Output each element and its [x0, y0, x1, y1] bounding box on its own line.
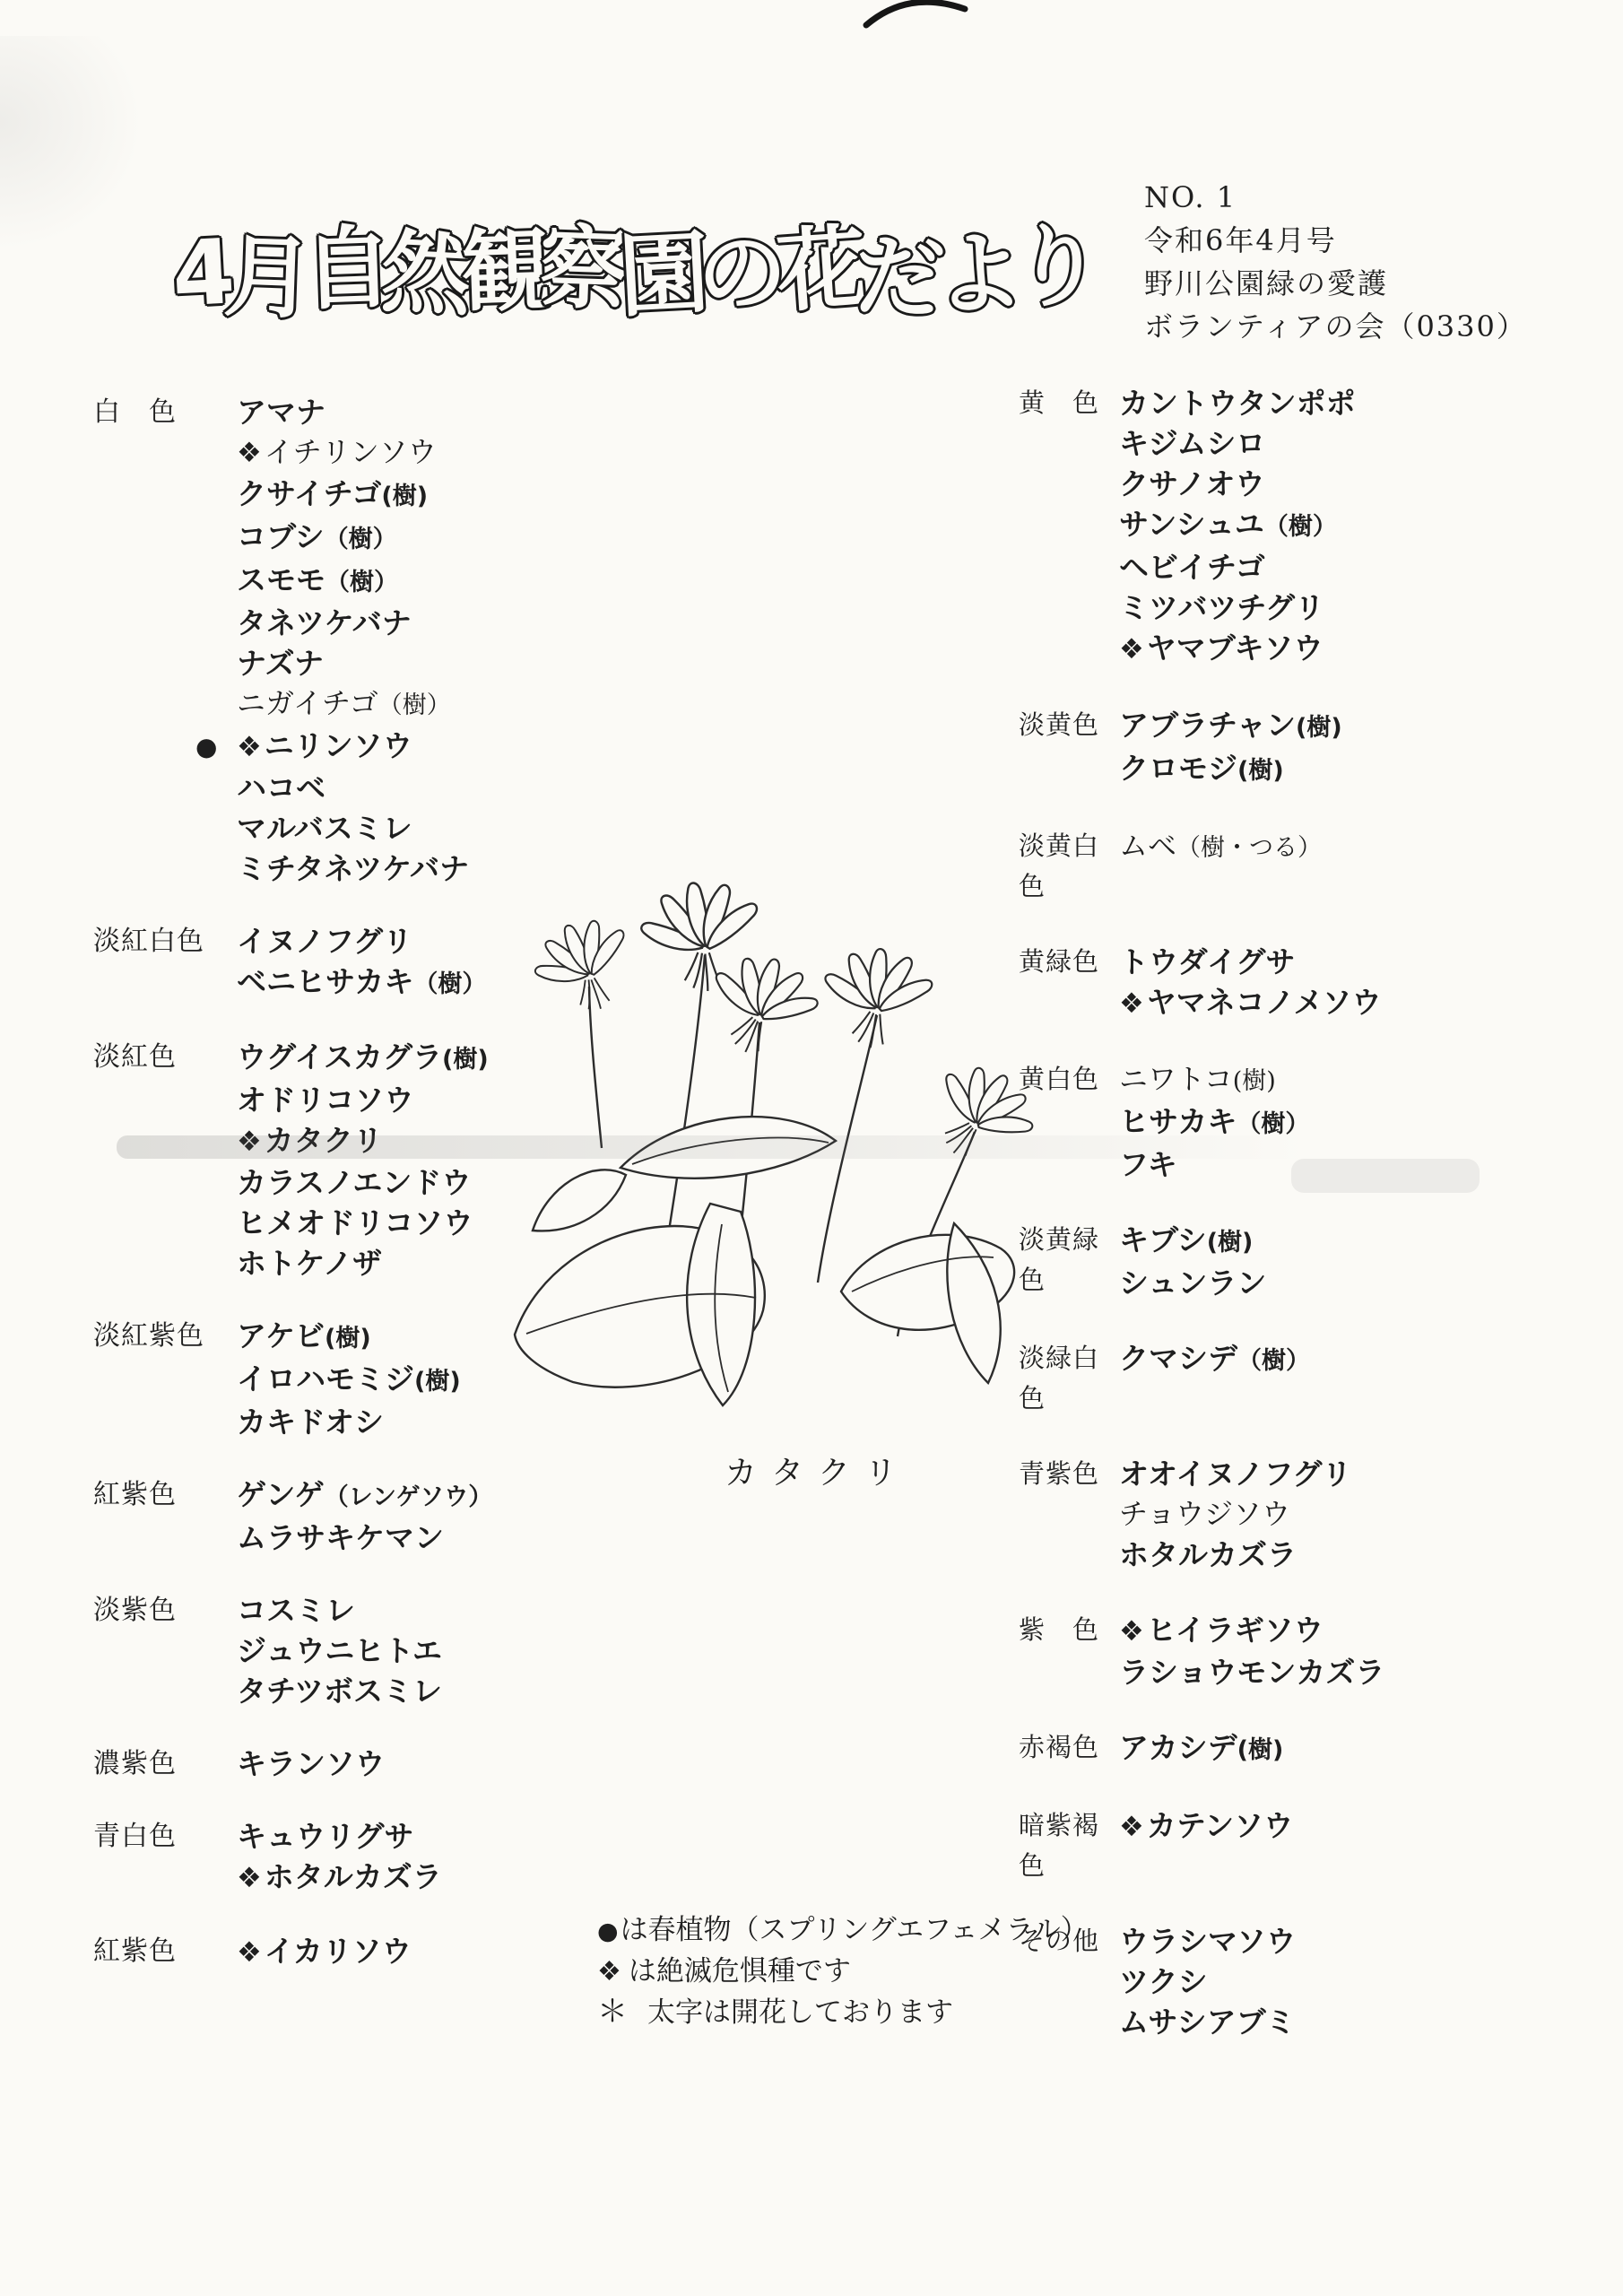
flower-items: ウラシマソウツクシムサシアブミ — [1119, 1921, 1593, 2042]
flower-item: ❖カテンソウ — [1119, 1805, 1593, 1848]
flower-name: ホタルカズラ — [1119, 1537, 1297, 1572]
flower-item: ムラサキケマン — [237, 1518, 649, 1558]
issue-date: 令和6年4月号 — [1144, 219, 1527, 262]
flower-item: ムベ（樹・つる） — [1119, 826, 1593, 868]
color-section: 青紫色オオイヌノフグリチョウジソウホタルカズラ — [1019, 1454, 1593, 1575]
flower-name: アカシデ — [1119, 1730, 1237, 1765]
color-label: 淡紫色 — [93, 1590, 237, 1631]
flower-suffix: （樹） — [325, 569, 398, 596]
color-label: 紅紫色 — [93, 1931, 237, 1971]
flower-name: ジュウニヒトエ — [237, 1633, 442, 1668]
flower-name: ヒイラギソウ — [1147, 1613, 1324, 1648]
flower-item: ●❖ニリンソウ — [237, 726, 649, 768]
flower-items: キブシ(樹)シュンラン — [1119, 1220, 1593, 1303]
flower-name: ゲンゲ — [237, 1477, 325, 1512]
flower-name: キブシ — [1119, 1222, 1207, 1257]
flower-items: アブラチャン(樹)クロモジ(樹) — [1119, 705, 1593, 791]
flower-item: ❖ヤマブキソウ — [1119, 628, 1593, 670]
flower-suffix: (樹) — [1296, 714, 1342, 742]
title-char: り — [1009, 193, 1107, 328]
flower-items: トウダイグサ❖ヤマネコノメソウ — [1119, 942, 1593, 1024]
legend-text: は絶滅危惧種です — [629, 1955, 851, 1987]
flower-item: ヘビイチゴ — [1119, 547, 1593, 587]
illustration-caption: カタクリ — [725, 1448, 911, 1493]
flower-name: サンシュユ — [1119, 507, 1264, 542]
organization-name-line1: 野川公園緑の愛護 — [1144, 262, 1527, 305]
flower-name: クサイチゴ — [237, 476, 381, 511]
scan-streak — [1291, 1159, 1480, 1193]
flower-name: ホトケノザ — [237, 1246, 382, 1281]
color-section: 淡緑白色クマシデ（樹） — [1019, 1338, 1593, 1419]
endangered-mark: ❖ — [1119, 987, 1144, 1020]
flower-suffix: (樹) — [414, 1368, 461, 1396]
endangered-mark: ❖ — [237, 1936, 262, 1969]
flower-item: サンシュユ（樹） — [1119, 504, 1593, 547]
color-label: 紫 色 — [1019, 1610, 1119, 1650]
flower-suffix: （樹・つる） — [1176, 834, 1322, 862]
flower-suffix: (樹) — [1237, 1736, 1284, 1764]
flower-name: イカリソウ — [265, 1934, 412, 1969]
color-label: 赤褐色 — [1019, 1727, 1119, 1768]
flower-name: ベニヒサカキ — [237, 964, 413, 999]
flower-name: ヘビイチゴ — [1119, 550, 1265, 585]
flower-name: タネツケバナ — [237, 605, 412, 640]
flower-item: シュンラン — [1119, 1263, 1593, 1303]
flower-items: ❖イカリソウ — [237, 1931, 649, 1973]
flower-item: ラショウモンカズラ — [1119, 1652, 1593, 1692]
flower-name: ニガイチゴ — [237, 686, 378, 720]
flower-item: ハコベ — [237, 768, 649, 808]
flower-item: チョウジソウ — [1119, 1494, 1593, 1535]
color-section: 濃紫色キランソウ — [93, 1744, 649, 1784]
flower-name: ヤマネコノメソウ — [1147, 985, 1382, 1020]
flower-item: クサノオウ — [1119, 464, 1593, 504]
flower-item: ムサシアブミ — [1119, 2002, 1593, 2042]
flower-suffix: （樹） — [1264, 513, 1337, 541]
scanned-newsletter-page: 4月自然観察園の花だより NO. 1 令和6年4月号 野川公園緑の愛護 ボランテ… — [0, 0, 1623, 2296]
flower-item: ウラシマソウ — [1119, 1921, 1593, 1961]
flower-item: スモモ（樹） — [237, 560, 649, 603]
flower-name: クサノオウ — [1119, 466, 1264, 501]
flower-item: ❖ヤマネコノメソウ — [1119, 982, 1593, 1024]
color-section: 紫 色❖ヒイラギソウラショウモンカズラ — [1019, 1610, 1593, 1692]
flower-item: ❖イチリンソウ — [237, 432, 649, 474]
flower-item: キュウリグサ — [237, 1816, 649, 1857]
flower-item: アカシデ(樹) — [1119, 1727, 1593, 1770]
color-list-right: 黄 色カントウタンポポキジムシロクサノオウサンシュユ（樹）ヘビイチゴミツバツチグ… — [1019, 383, 1593, 2077]
flower-name: ホタルカズラ — [265, 1859, 442, 1894]
flower-name: キランソウ — [237, 1746, 385, 1781]
flower-name: ニリンソウ — [265, 728, 412, 763]
flower-item: タネツケバナ — [237, 603, 649, 643]
scan-streak — [117, 1135, 1309, 1159]
endangered-mark: ❖ — [237, 731, 262, 763]
flower-name: キジムシロ — [1119, 426, 1265, 461]
flower-item: キブシ(樹) — [1119, 1220, 1593, 1263]
flower-name: カテンソウ — [1147, 1808, 1293, 1843]
endangered-mark: ❖ — [237, 437, 262, 469]
flower-name: アマナ — [237, 395, 325, 430]
flower-suffix: (樹) — [1233, 1067, 1276, 1095]
color-section: その他ウラシマソウツクシムサシアブミ — [1019, 1921, 1593, 2042]
flower-item: アブラチャン(樹) — [1119, 705, 1593, 748]
flower-name: ナズナ — [237, 646, 324, 681]
legend: ●は春植物（スプリングエフェメラル）❖は絶滅危惧種です＊太字は開花しております — [597, 1910, 1089, 2032]
flower-name: アケビ — [237, 1318, 325, 1353]
flower-name: コスミレ — [237, 1593, 355, 1628]
legend-text: は春植物（スプリングエフェメラル） — [621, 1914, 1089, 1946]
color-label: 暗紫褐色 — [1019, 1805, 1119, 1886]
flower-suffix: （樹） — [413, 970, 486, 998]
flower-items: キュウリグサ❖ホタルカズラ — [237, 1816, 649, 1899]
flower-suffix: （樹） — [325, 526, 397, 553]
endangered-mark: ❖ — [1119, 1811, 1144, 1843]
endangered-mark: ❖ — [1119, 633, 1144, 665]
color-section: 淡黄色アブラチャン(樹)クロモジ(樹) — [1019, 705, 1593, 791]
legend-symbol: ❖ — [597, 1952, 621, 1992]
scan-corner-mark — [859, 0, 994, 41]
color-label: 濃紫色 — [93, 1744, 237, 1784]
organization-name-line2: ボランティアの会（0330） — [1144, 305, 1527, 348]
flower-item: コブシ（樹） — [237, 517, 649, 560]
color-section: 青白色キュウリグサ❖ホタルカズラ — [93, 1816, 649, 1899]
flower-name: アブラチャン — [1119, 708, 1296, 743]
flower-name: ヒサカキ — [1119, 1104, 1237, 1139]
flower-items: ゲンゲ（レンゲソウ）ムラサキケマン — [237, 1474, 649, 1558]
color-section: 白 色アマナ❖イチリンソウクサイチゴ(樹)コブシ（樹）スモモ（樹）タネツケバナナ… — [93, 392, 649, 889]
flower-name: シュンラン — [1119, 1265, 1266, 1300]
flower-name: イロハモミジ — [237, 1361, 414, 1396]
flower-item: ❖イカリソウ — [237, 1931, 649, 1973]
flower-items: ムベ（樹・つる） — [1119, 826, 1593, 868]
flower-items: ❖ヒイラギソウラショウモンカズラ — [1119, 1610, 1593, 1692]
flower-name: オドリコソウ — [237, 1083, 413, 1118]
flower-item: クサイチゴ(樹) — [237, 474, 649, 517]
flower-item: ❖ヒイラギソウ — [1119, 1610, 1593, 1652]
page-title: 4月自然観察園の花だより — [172, 199, 1092, 328]
flower-name: ハコベ — [237, 770, 325, 805]
flower-items: オオイヌノフグリチョウジソウホタルカズラ — [1119, 1454, 1593, 1575]
color-section: 暗紫褐色❖カテンソウ — [1019, 1805, 1593, 1886]
flower-name: ツクシ — [1119, 1964, 1208, 1999]
flower-suffix: (樹) — [1237, 757, 1284, 785]
color-section: 赤褐色アカシデ(樹) — [1019, 1727, 1593, 1770]
flower-item: キジムシロ — [1119, 423, 1593, 464]
color-section: 黄緑色トウダイグサ❖ヤマネコノメソウ — [1019, 942, 1593, 1024]
flower-items: コスミレジュウニヒトエタチツボスミレ — [237, 1590, 649, 1711]
flower-name: カキドオシ — [237, 1405, 384, 1439]
color-section: 淡黄白色ムベ（樹・つる） — [1019, 826, 1593, 907]
flower-name: コブシ — [237, 519, 325, 554]
color-label: 淡黄色 — [1019, 705, 1119, 745]
flower-items: ❖カテンソウ — [1119, 1805, 1593, 1848]
flower-name: クマシデ — [1119, 1341, 1237, 1376]
color-section: 黄 色カントウタンポポキジムシロクサノオウサンシュユ（樹）ヘビイチゴミツバツチグ… — [1019, 383, 1593, 670]
flower-name: イチリンソウ — [265, 435, 437, 469]
flower-name: ヤマブキソウ — [1147, 631, 1324, 665]
spring-ephemeral-mark: ● — [195, 726, 217, 767]
flower-name: カントウタンポポ — [1119, 386, 1356, 421]
flower-suffix: （樹） — [378, 691, 451, 719]
scan-shadow-wash — [0, 36, 143, 251]
legend-row: ●は春植物（スプリングエフェメラル） — [597, 1910, 1089, 1952]
flower-item: ニワトコ(樹) — [1119, 1059, 1593, 1101]
flower-suffix: （樹） — [1237, 1110, 1309, 1138]
flower-item: コスミレ — [237, 1590, 649, 1631]
flower-item: オオイヌノフグリ — [1119, 1454, 1593, 1494]
flower-item: ❖ホタルカズラ — [237, 1857, 649, 1899]
flower-item: ホタルカズラ — [1119, 1535, 1593, 1575]
issue-number: NO. 1 — [1144, 176, 1527, 219]
flower-item: クロモジ(樹) — [1119, 748, 1593, 791]
color-label: 青白色 — [93, 1816, 237, 1857]
flower-name: ミチタネツケバナ — [237, 851, 469, 886]
flower-item: アマナ — [237, 392, 649, 432]
color-label: 白 色 — [93, 392, 237, 432]
flower-items: キランソウ — [237, 1744, 649, 1784]
color-label: 淡紅色 — [93, 1037, 237, 1077]
color-section: 紅紫色ゲンゲ（レンゲソウ）ムラサキケマン — [93, 1474, 649, 1558]
flower-item: ミツバツチグリ — [1119, 587, 1593, 628]
flower-name: ムサシアブミ — [1119, 2005, 1296, 2039]
flower-name: トウダイグサ — [1119, 944, 1295, 979]
flower-item: キランソウ — [237, 1744, 649, 1784]
legend-text: 太字は開花しております — [647, 1996, 953, 2029]
flower-suffix: （樹） — [1237, 1347, 1310, 1375]
legend-row: ＊太字は開花しております — [597, 1992, 1089, 2032]
flower-item: ナズナ — [237, 643, 649, 683]
flower-item: トウダイグサ — [1119, 942, 1593, 982]
color-section: 紅紫色❖イカリソウ — [93, 1931, 649, 1973]
flower-name: ミツバツチグリ — [1119, 590, 1324, 625]
flower-item: クマシデ（樹） — [1119, 1338, 1593, 1381]
legend-row: ❖は絶滅危惧種です — [597, 1952, 1089, 1992]
flower-name: キュウリグサ — [237, 1819, 413, 1854]
color-section: 淡紫色コスミレジュウニヒトエタチツボスミレ — [93, 1590, 649, 1711]
flower-suffix: (樹) — [381, 483, 428, 510]
flower-item: ニガイチゴ（樹） — [237, 683, 649, 726]
color-label: 淡紅紫色 — [93, 1316, 237, 1356]
flower-name: ヒメオドリコソウ — [237, 1205, 473, 1240]
flower-suffix: (樹) — [1207, 1229, 1254, 1257]
flower-name: スモモ — [237, 562, 325, 597]
color-label: 黄 色 — [1019, 383, 1119, 423]
flower-name: クロモジ — [1119, 751, 1237, 786]
flower-name: マルバスミレ — [237, 811, 412, 846]
flower-items: カントウタンポポキジムシロクサノオウサンシュユ（樹）ヘビイチゴミツバツチグリ❖ヤ… — [1119, 383, 1593, 670]
endangered-mark: ❖ — [237, 1862, 262, 1894]
issue-header: NO. 1 令和6年4月号 野川公園緑の愛護 ボランティアの会（0330） — [1144, 176, 1527, 348]
flower-suffix: （レンゲソウ） — [325, 1483, 493, 1511]
flower-name: オオイヌノフグリ — [1119, 1457, 1351, 1492]
flower-items: アマナ❖イチリンソウクサイチゴ(樹)コブシ（樹）スモモ（樹）タネツケバナナズナニ… — [237, 392, 649, 889]
flower-item: ジュウニヒトエ — [237, 1631, 649, 1671]
color-label: 淡紅白色 — [93, 921, 237, 961]
legend-symbol: ● — [597, 1912, 619, 1952]
flower-name: カラスノエンドウ — [237, 1165, 471, 1200]
flower-name: ウラシマソウ — [1119, 1924, 1296, 1959]
leaves-group — [515, 1117, 1014, 1405]
flower-name: ムベ — [1119, 829, 1176, 863]
flower-items: クマシデ（樹） — [1119, 1338, 1593, 1381]
flower-item: ゲンゲ（レンゲソウ） — [237, 1474, 649, 1518]
flower-item: カントウタンポポ — [1119, 383, 1593, 423]
endangered-mark: ❖ — [1119, 1615, 1144, 1648]
flower-name: イヌノフグリ — [237, 924, 412, 959]
flower-item: ツクシ — [1119, 1961, 1593, 2002]
legend-symbol: ＊ — [597, 1992, 628, 2031]
color-section: 淡黄緑色キブシ(樹)シュンラン — [1019, 1220, 1593, 1303]
flower-name: ウグイスカグラ — [237, 1039, 442, 1074]
flower-name: ニワトコ — [1119, 1062, 1233, 1096]
flower-name: チョウジソウ — [1119, 1497, 1290, 1531]
flower-name: タチツボスミレ — [237, 1674, 442, 1709]
flower-name: ムラサキケマン — [237, 1520, 444, 1555]
flower-items: アカシデ(樹) — [1119, 1727, 1593, 1770]
flower-name: ラショウモンカズラ — [1119, 1655, 1384, 1690]
color-label: 紅紫色 — [93, 1474, 237, 1515]
flower-item: タチツボスミレ — [237, 1671, 649, 1711]
flower-suffix: (樹) — [442, 1046, 489, 1074]
flower-suffix: (樹) — [325, 1325, 371, 1352]
